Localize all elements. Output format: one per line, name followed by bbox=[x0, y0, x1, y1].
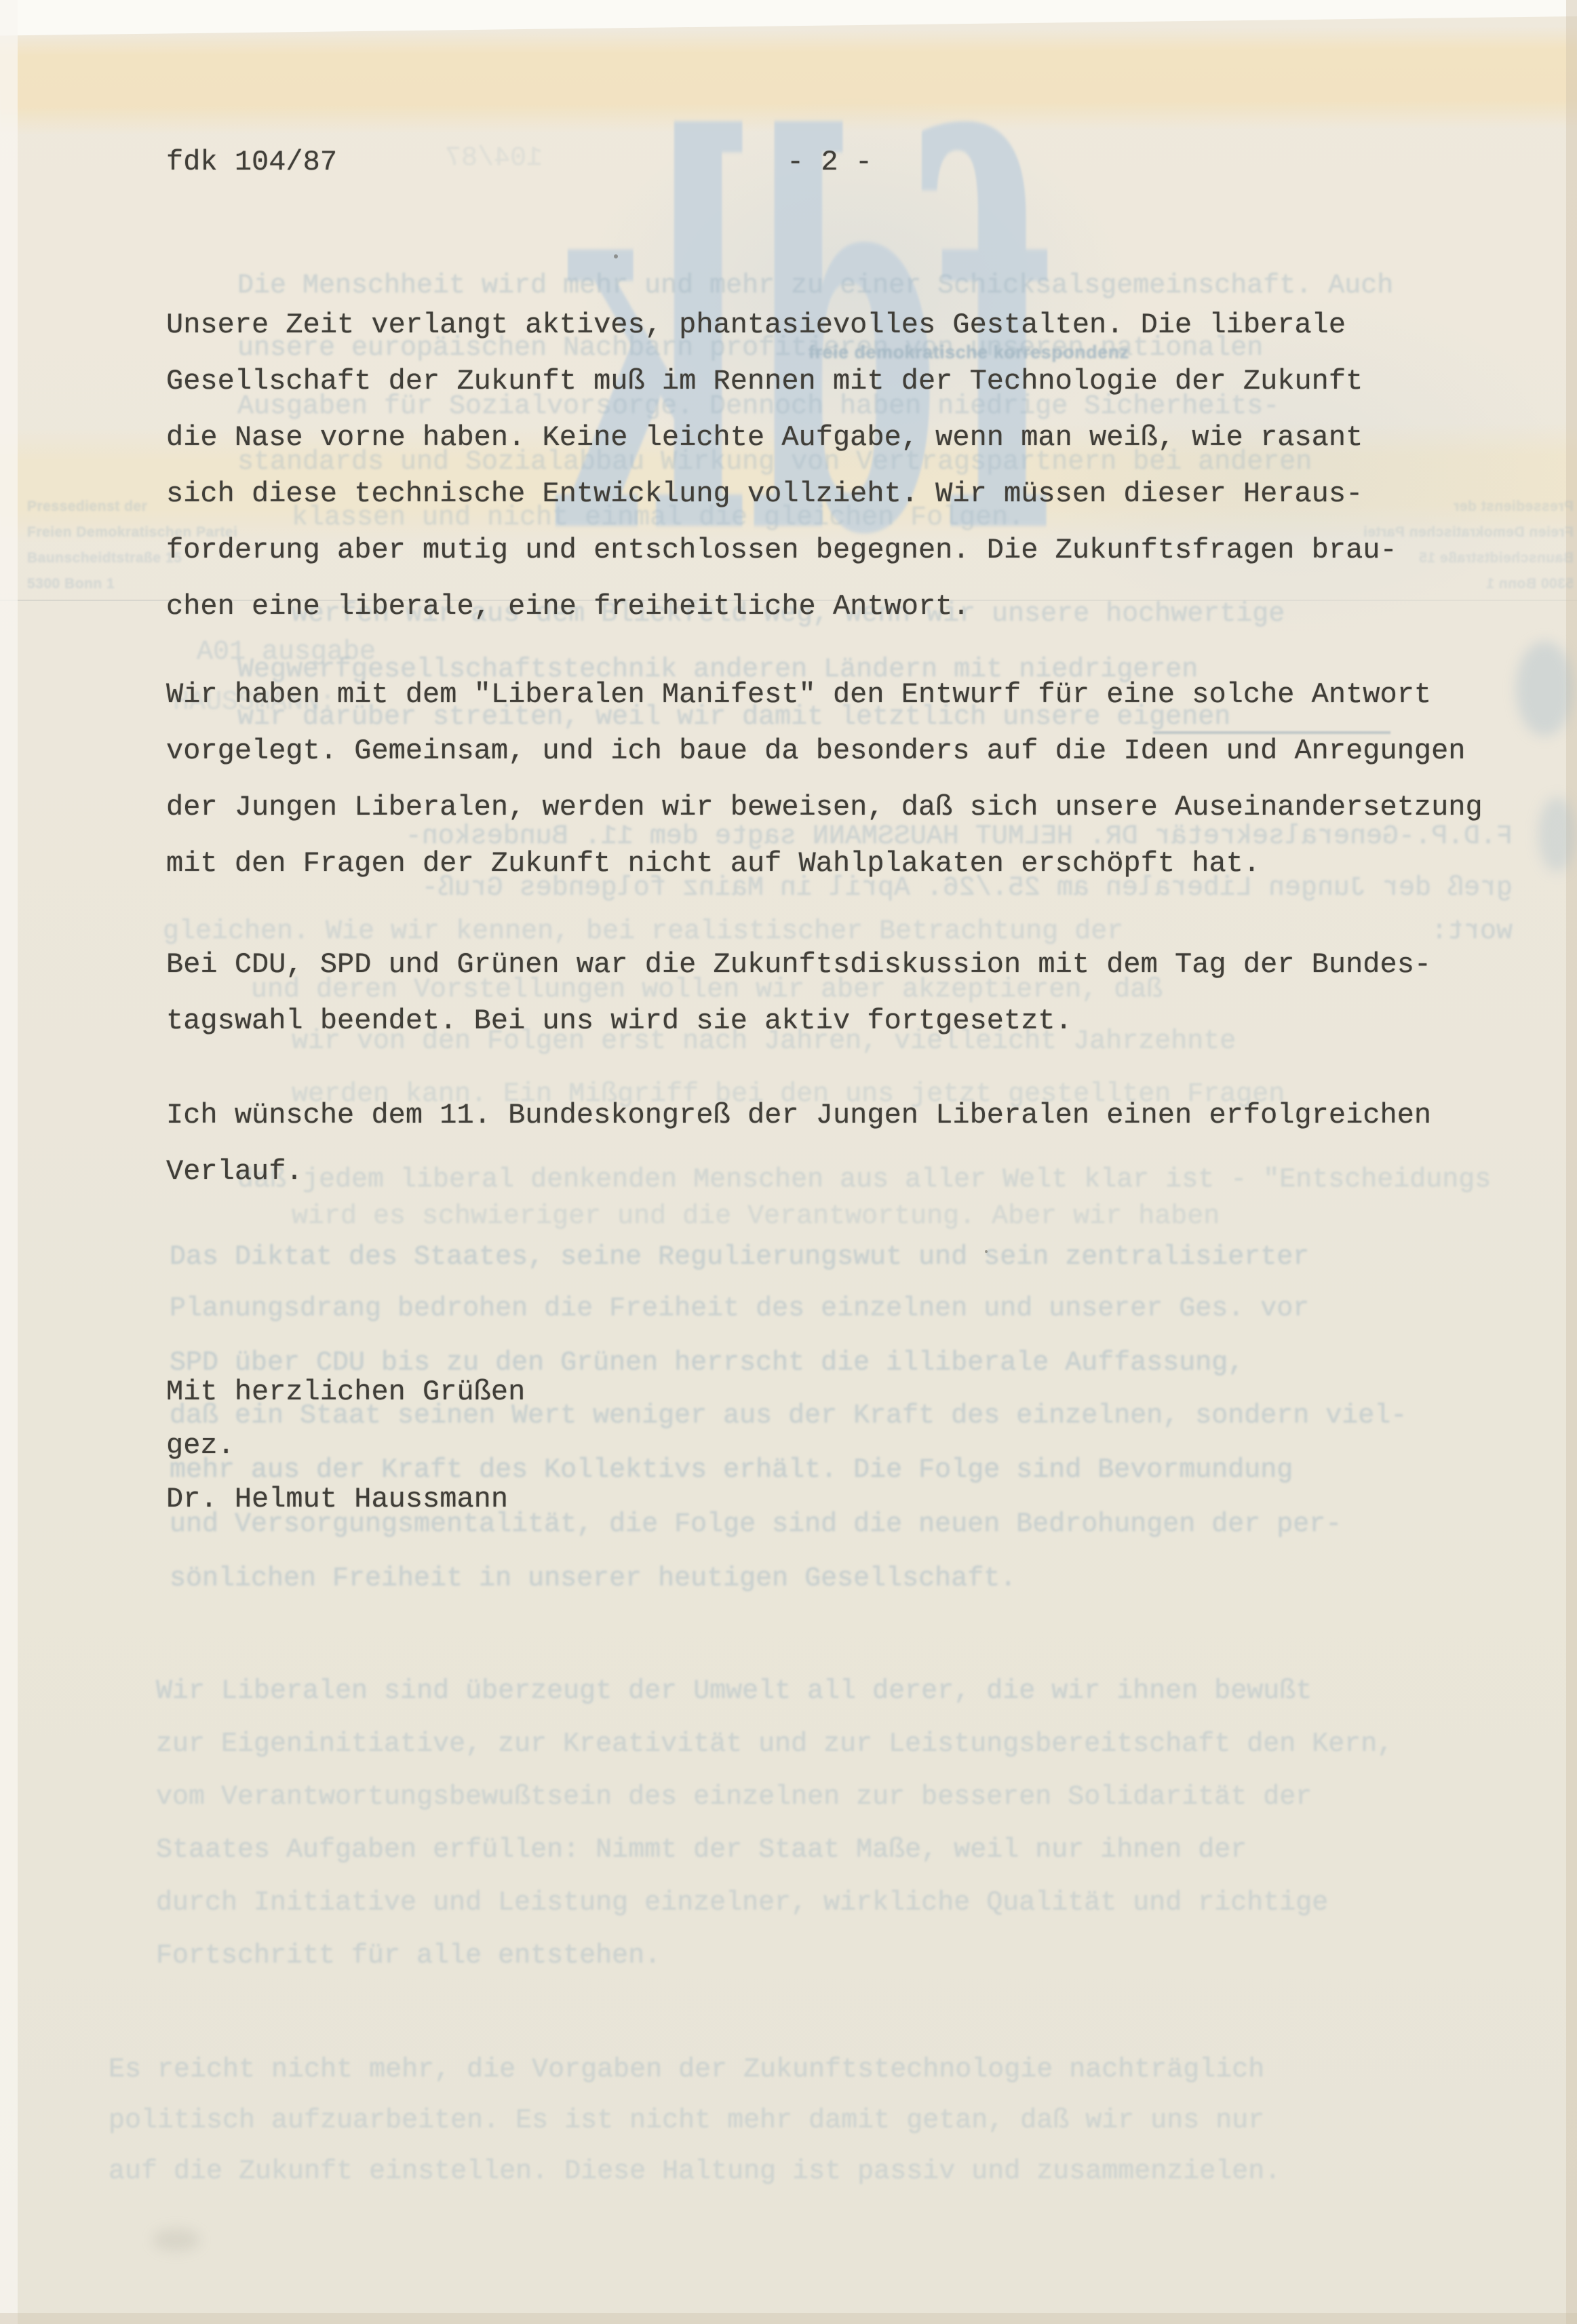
text-line: chen eine liberale, eine freiheitliche A… bbox=[166, 579, 1397, 635]
ghost-line: 5300 Bonn 1 bbox=[1404, 576, 1574, 592]
ghost-line: durch Initiative und Leistung einzelner,… bbox=[156, 1889, 1328, 1918]
scanned-document-page: fdk Die Menschheit wird mehr und mehr zu… bbox=[0, 0, 1577, 2324]
signature-block: Mit herzlichen Grüßengez.Dr. Helmut Haus… bbox=[166, 1366, 525, 1526]
ghost-line: Wir Liberalen sind überzeugt der Umwelt … bbox=[156, 1677, 1312, 1707]
text-line: sich diese technische Entwicklung vollzi… bbox=[166, 466, 1397, 522]
ghost-line: Fortschritt für alle entstehen. bbox=[156, 1941, 661, 1971]
text-line: Unsere Zeit verlangt aktives, phantasiev… bbox=[166, 297, 1397, 353]
text-line: tagswahl beendet. Bei uns wird sie aktiv… bbox=[166, 993, 1431, 1049]
text-line: mit den Fragen der Zukunft nicht auf Wah… bbox=[166, 836, 1483, 892]
ghost-line: Staates Aufgaben erfüllen: Nimmt der Sta… bbox=[156, 1836, 1247, 1865]
bleed-smudge bbox=[1516, 641, 1574, 736]
paragraph-2: Wir haben mit dem "Liberalen Manifest" d… bbox=[166, 667, 1483, 892]
ghost-line: Das Diktat des Staates, seine Regulierun… bbox=[170, 1243, 1309, 1273]
ghost-line: wort: bbox=[1424, 917, 1513, 947]
bleed-smudge bbox=[1538, 797, 1576, 872]
ghost-line: wird es schwieriger und die Verantwortun… bbox=[292, 1202, 1220, 1232]
text-line: Wir haben mit dem "Liberalen Manifest" d… bbox=[166, 667, 1483, 723]
ink-speck bbox=[985, 1250, 988, 1253]
text-line: der Jungen Liberalen, werden wir beweise… bbox=[166, 779, 1483, 836]
text-line: Ich wünsche dem 11. Bundeskongreß der Ju… bbox=[166, 1087, 1431, 1144]
text-line: forderung aber mutig und entschlossen be… bbox=[166, 522, 1397, 579]
text-line: Gesellschaft der Zukunft muß im Rennen m… bbox=[166, 353, 1397, 410]
document-reference: fdk 104/87 bbox=[166, 134, 337, 191]
page-number: - 2 - bbox=[787, 134, 872, 191]
paper-left-edge bbox=[0, 0, 18, 2324]
ghost-line: 104/87 bbox=[434, 144, 543, 174]
ink-speck bbox=[614, 254, 618, 258]
ghost-line: 5300 Bonn 1 bbox=[27, 576, 115, 592]
ghost-line: vom Verantwortungsbewußtsein des einzeln… bbox=[156, 1783, 1312, 1813]
ghost-line: Baunscheidtstraße 15 bbox=[1404, 550, 1574, 566]
ghost-line: sönlichen Freiheit in unserer heutigen G… bbox=[170, 1564, 1016, 1594]
text-line: die Nase vorne haben. Keine leichte Aufg… bbox=[166, 410, 1397, 466]
paper-bottom-edge bbox=[0, 2313, 1577, 2324]
ghost-line: auf die Zukunft einstellen. Diese Haltun… bbox=[109, 2157, 1281, 2187]
ghost-line: zur Eigeninitiative, zur Kreativität und… bbox=[156, 1730, 1393, 1760]
ghost-line: Pressedienst der bbox=[1404, 499, 1574, 514]
text-line: Verlauf. bbox=[166, 1144, 1431, 1200]
ghost-line: Planungsdrang bedrohen die Freiheit des … bbox=[170, 1294, 1309, 1324]
text-line: Dr. Helmut Haussmann bbox=[166, 1473, 525, 1526]
text-line: vorgelegt. Gemeinsam, und ich baue da be… bbox=[166, 723, 1483, 779]
ghost-line: Pressedienst der bbox=[27, 499, 147, 514]
ghost-line: Es reicht nicht mehr, die Vorgaben der Z… bbox=[109, 2055, 1264, 2085]
text-line: gez. bbox=[166, 1419, 525, 1473]
bleed-smudge bbox=[153, 2228, 200, 2251]
ghost-line: politisch aufzuarbeiten. Es ist nicht me… bbox=[109, 2106, 1264, 2136]
paragraph-1: Unsere Zeit verlangt aktives, phantasiev… bbox=[166, 297, 1397, 635]
paragraph-3: Bei CDU, SPD und Grünen war die Zukunfts… bbox=[166, 937, 1431, 1049]
text-line: Mit herzlichen Grüßen bbox=[166, 1366, 525, 1419]
ghost-line: Freien Demokratischen Partei bbox=[1404, 524, 1574, 540]
text-line: Bei CDU, SPD und Grünen war die Zukunfts… bbox=[166, 937, 1431, 993]
ghost-line: Baunscheidtstraße 15 bbox=[27, 550, 182, 566]
paragraph-4: Ich wünsche dem 11. Bundeskongreß der Ju… bbox=[166, 1087, 1431, 1200]
